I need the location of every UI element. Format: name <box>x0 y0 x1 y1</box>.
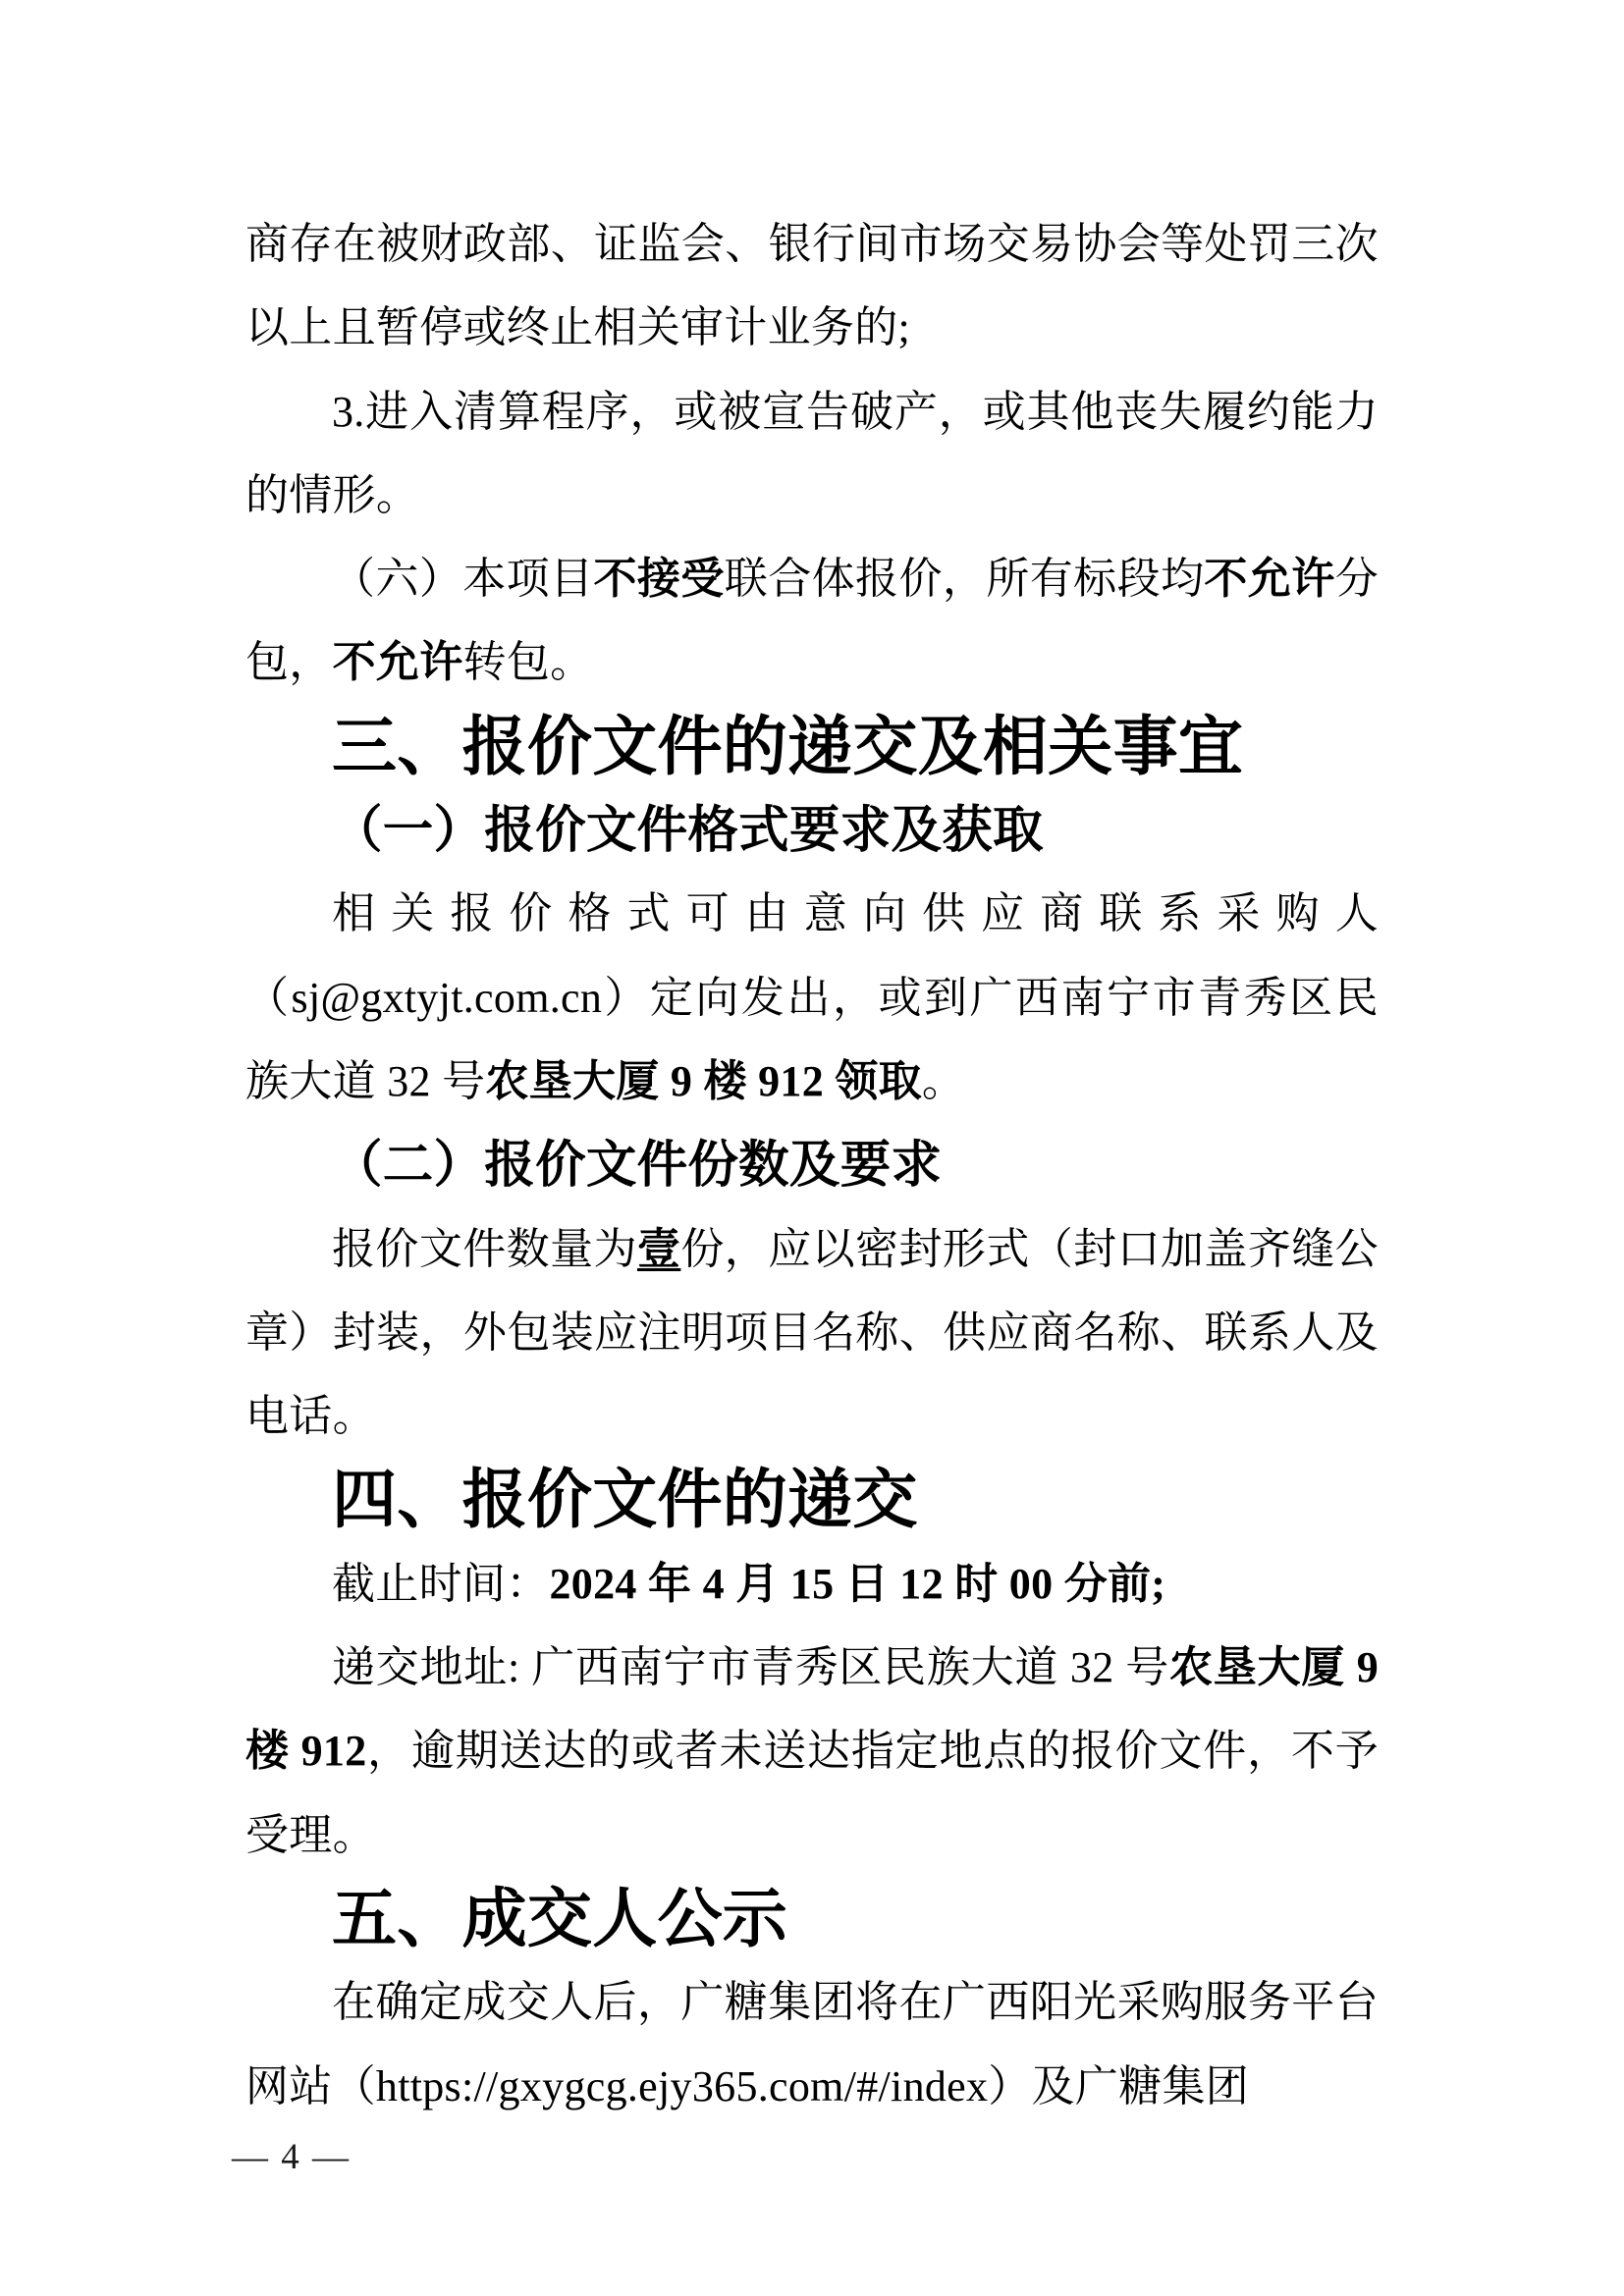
announcement-url: （https://gxygcg.ejy365.com/#/index） <box>333 2062 1032 2110</box>
text-run: 转包。 <box>463 638 594 686</box>
text-run-bold: 农垦大厦 9 楼 912 领取 <box>485 1057 922 1105</box>
subsection-heading-copies-requirement: （二）报价文件份数及要求 <box>245 1123 1379 1206</box>
text-run: 相关报价格式可由意向供应商联系采购人 <box>332 889 1379 937</box>
document-page: 商存在被财政部、证监会、银行间市场交易协会等处罚三次以上且暂停或终止相关审计业务… <box>0 0 1624 2296</box>
subsection-heading-format-obtain: （一）报价文件格式要求及获取 <box>245 788 1379 872</box>
paragraph-supplier-penalty: 商存在被财政部、证监会、银行间市场交易协会等处罚三次以上且暂停或终止相关审计业务… <box>245 202 1379 370</box>
text-run: ，逾期送达的或者未送达指定地点的报价文件，不予受理。 <box>245 1727 1379 1858</box>
page-footer: — 4 — <box>232 2136 351 2179</box>
text-run-bold: 不允许 <box>333 638 463 686</box>
email-address: （sj@gxtyjt.com.cn） <box>245 974 650 1022</box>
text-run: 报价文件数量为 <box>332 1225 637 1273</box>
text-run: 及广糖集团 <box>1032 2062 1250 2110</box>
paragraph-delivery-address: 递交地址: 广西南宁市青秀区民族大道 32 号农垦大厦 9 楼 912，逾期送达… <box>245 1626 1379 1877</box>
text-run-bold: 不接受 <box>594 555 725 603</box>
paragraph-liquidation: 3.进入清算程序，或被宣告破产，或其他丧失履约能力的情形。 <box>245 370 1379 538</box>
text-run-bold: 不允许 <box>1204 555 1334 603</box>
paragraph-format-obtain: 相关报价格式可由意向供应商联系采购人（sj@gxtyjt.com.cn）定向发出… <box>245 872 1379 1123</box>
text-run: 递交地址: 广西南宁市青秀区民族大道 32 号 <box>332 1643 1169 1691</box>
text-run: 联合体报价，所有标段均 <box>725 555 1205 603</box>
paragraph-copies-requirement: 报价文件数量为壹份，应以密封形式（封口加盖齐缝公章）封装，外包装应注明项目名称、… <box>245 1207 1379 1459</box>
paragraph-winner-announcement: 在确定成交人后，广糖集团将在广西阳光采购服务平台网站（https://gxygc… <box>245 1960 1379 2128</box>
paragraph-no-consortium: （六）本项目不接受联合体报价，所有标段均不允许分包，不允许转包。 <box>245 537 1379 705</box>
text-run: 截止时间： <box>332 1560 550 1608</box>
section-heading-submission-matters: 三、报价文件的递交及相关事宜 <box>245 705 1379 788</box>
document-body: 商存在被财政部、证监会、银行间市场交易协会等处罚三次以上且暂停或终止相关审计业务… <box>245 202 1379 2128</box>
section-heading-winner-announcement: 五、成交人公示 <box>245 1877 1379 1960</box>
text-run: 。 <box>922 1057 965 1105</box>
page-number: — 4 — <box>232 2137 351 2177</box>
text-run: （六）本项目 <box>332 555 594 603</box>
deadline-datetime: 2024 年 4 月 15 日 12 时 00 分前; <box>550 1560 1166 1608</box>
paragraph-deadline: 截止时间：2024 年 4 月 15 日 12 时 00 分前; <box>245 1542 1379 1626</box>
text-run-bold-underline: 壹 <box>637 1225 680 1273</box>
section-heading-submission: 四、报价文件的递交 <box>245 1458 1379 1541</box>
